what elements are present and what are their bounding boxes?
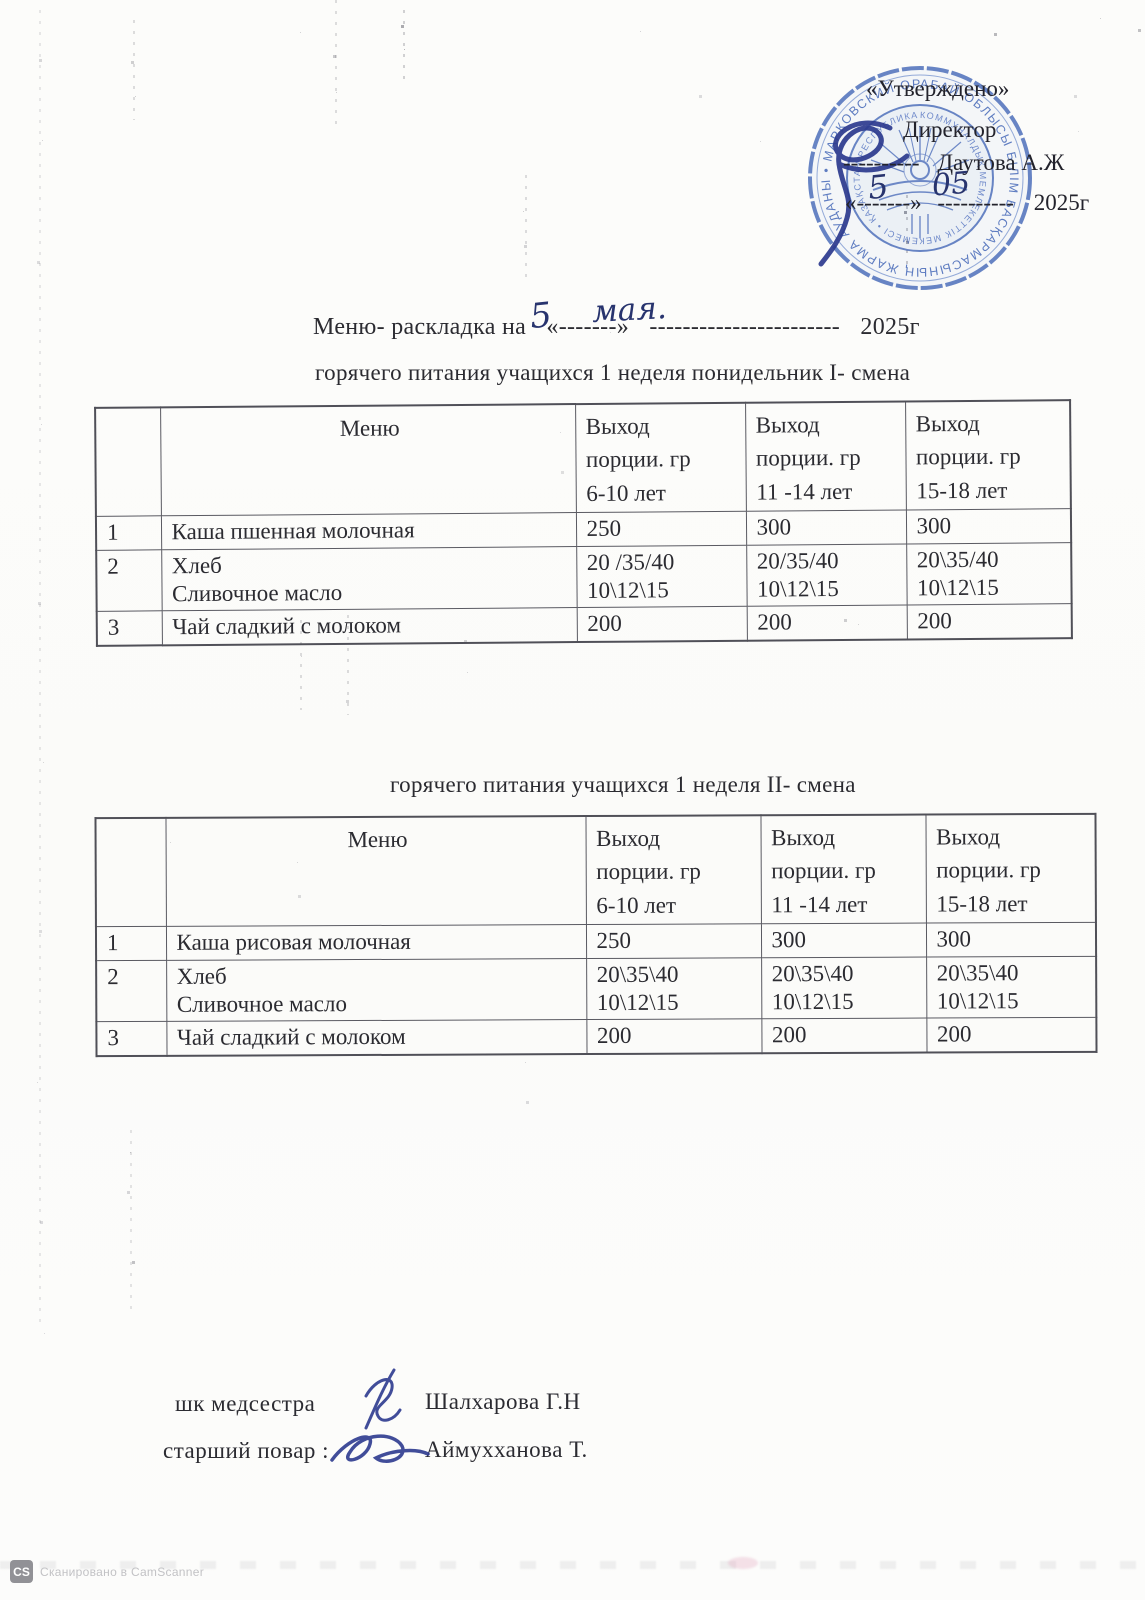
handwritten-title-day: 5	[528, 295, 554, 337]
portion-col3-header: Выход порции. гр 15-18 лет	[905, 400, 1071, 510]
scanner-watermark-text: Сканировано в CamScanner	[40, 1565, 204, 1579]
table-row: 2 Хлеб Сливочное масло 20 /35/40 10\12\1…	[96, 543, 1071, 612]
dish-name: Чай сладкий с молоком	[166, 1020, 586, 1056]
portion-col2-header: Выход порции. гр 11 -14 лет	[760, 815, 925, 924]
portion-value: 20 /35/40 10\12\15	[576, 545, 746, 607]
portion-value: 20\35\40 10\12\15	[586, 958, 761, 1020]
portion-value: 200	[586, 1019, 761, 1054]
handwritten-day: 5	[866, 167, 890, 207]
menu-column-header: Меню	[165, 816, 585, 926]
portion-value: 300	[906, 509, 1071, 544]
portion-col2-header: Выход порции. гр 11 -14 лет	[745, 401, 906, 511]
portion-col3-header: Выход порции. гр 15-18 лет	[925, 814, 1095, 923]
portion-value: 200	[926, 1017, 1096, 1052]
num-column-header	[95, 407, 161, 516]
approval-label: «Утверждено»	[866, 76, 1009, 102]
cook-signature	[322, 1414, 437, 1474]
portion-value: 20/35/40 10\12\15	[746, 544, 906, 606]
dish-name: Каша рисовая молочная	[166, 925, 586, 961]
approval-year: 2025г	[1034, 190, 1089, 215]
portion-col1-header: Выход порции. гр 6-10 лет	[575, 403, 746, 513]
row-number: 3	[96, 1022, 166, 1057]
table-row: 3 Чай сладкий с молоком 200 200 200	[96, 1017, 1096, 1056]
cook-name: Аймухханова Т.	[425, 1437, 588, 1463]
nurse-name: Шалхарова Г.Н	[425, 1389, 581, 1415]
section1-subtitle: горячего питания учащихся 1 неделя понид…	[315, 360, 910, 386]
row-number: 1	[96, 516, 161, 551]
dish-name: Чай сладкий с молоком	[162, 608, 577, 646]
handwritten-title-month: мая.	[591, 290, 667, 330]
table-row: 1 Каша рисовая молочная 250 300 300	[96, 922, 1096, 960]
scan-artifact	[525, 175, 527, 285]
cs-scanner-icon-label: CS	[13, 1565, 30, 1579]
table-header-row: Меню Выход порции. гр 6-10 лет Выход пор…	[95, 814, 1095, 927]
row-number: 3	[97, 611, 162, 646]
title-year: 2025г	[860, 314, 919, 340]
table-row: 2 Хлеб Сливочное масло 20\35\40 10\12\15…	[96, 956, 1096, 1021]
scan-artifact	[39, 10, 41, 1330]
section2-subtitle: горячего питания учащихся 1 неделя II- с…	[390, 772, 856, 798]
dish-name: Каша пшенная молочная	[161, 513, 576, 550]
portion-value: 200	[907, 604, 1072, 640]
cook-label: старший повар :	[163, 1438, 329, 1464]
portion-value: 300	[746, 510, 906, 545]
title-month-blank: -----------------------	[649, 314, 840, 340]
meal-table-shift2: Меню Выход порции. гр 6-10 лет Выход пор…	[94, 813, 1097, 1057]
table-header-row: Меню Выход порции. гр 6-10 лет Выход пор…	[95, 400, 1071, 516]
scan-artifact	[133, 20, 135, 120]
menu-column-header: Меню	[160, 404, 576, 516]
portion-value: 20\35\40 10\12\15	[926, 956, 1096, 1018]
portion-col1-header: Выход порции. гр 6-10 лет	[585, 815, 760, 924]
director-role-label: Директор	[903, 117, 996, 143]
dish-name: Хлеб Сливочное масло	[161, 547, 576, 611]
portion-value: 200	[761, 1018, 926, 1053]
row-number: 2	[96, 550, 161, 612]
portion-value: 250	[586, 924, 761, 959]
portion-value: 200	[747, 605, 907, 641]
scan-artifact	[403, 10, 405, 80]
meal-table-shift1: Меню Выход порции. гр 6-10 лет Выход пор…	[94, 399, 1073, 647]
scan-blotch	[728, 1557, 758, 1569]
scan-artifact	[130, 1130, 132, 1310]
portion-value: 20\35/40 10\12\15	[906, 543, 1071, 605]
title-prefix: Меню- раскладка на	[313, 314, 526, 340]
num-column-header	[95, 818, 165, 927]
portion-value: 200	[577, 606, 747, 642]
dish-name: Хлеб Сливочное масло	[166, 959, 586, 1022]
row-number: 2	[96, 960, 166, 1021]
portion-value: 300	[761, 923, 926, 958]
cs-scanner-icon: CS	[10, 1560, 33, 1583]
handwritten-month-number: 05	[931, 165, 972, 203]
nurse-label: шк медсестра	[175, 1391, 315, 1417]
table-row: 3 Чай сладкий с молоком 200 200 200	[97, 604, 1072, 646]
row-number: 1	[96, 926, 166, 960]
scan-speckles	[0, 0, 1, 1]
portion-value: 250	[576, 511, 746, 546]
portion-value: 20\35\40 10\12\15	[761, 957, 926, 1019]
scanned-document-page: АБАЙ ОБЛЫСЫ БІЛІМ БАСҚАРМАСЫНЫҢ ЖАРМА АУ…	[0, 0, 1145, 1600]
portion-value: 300	[926, 922, 1096, 957]
scan-artifact	[335, 0, 337, 130]
